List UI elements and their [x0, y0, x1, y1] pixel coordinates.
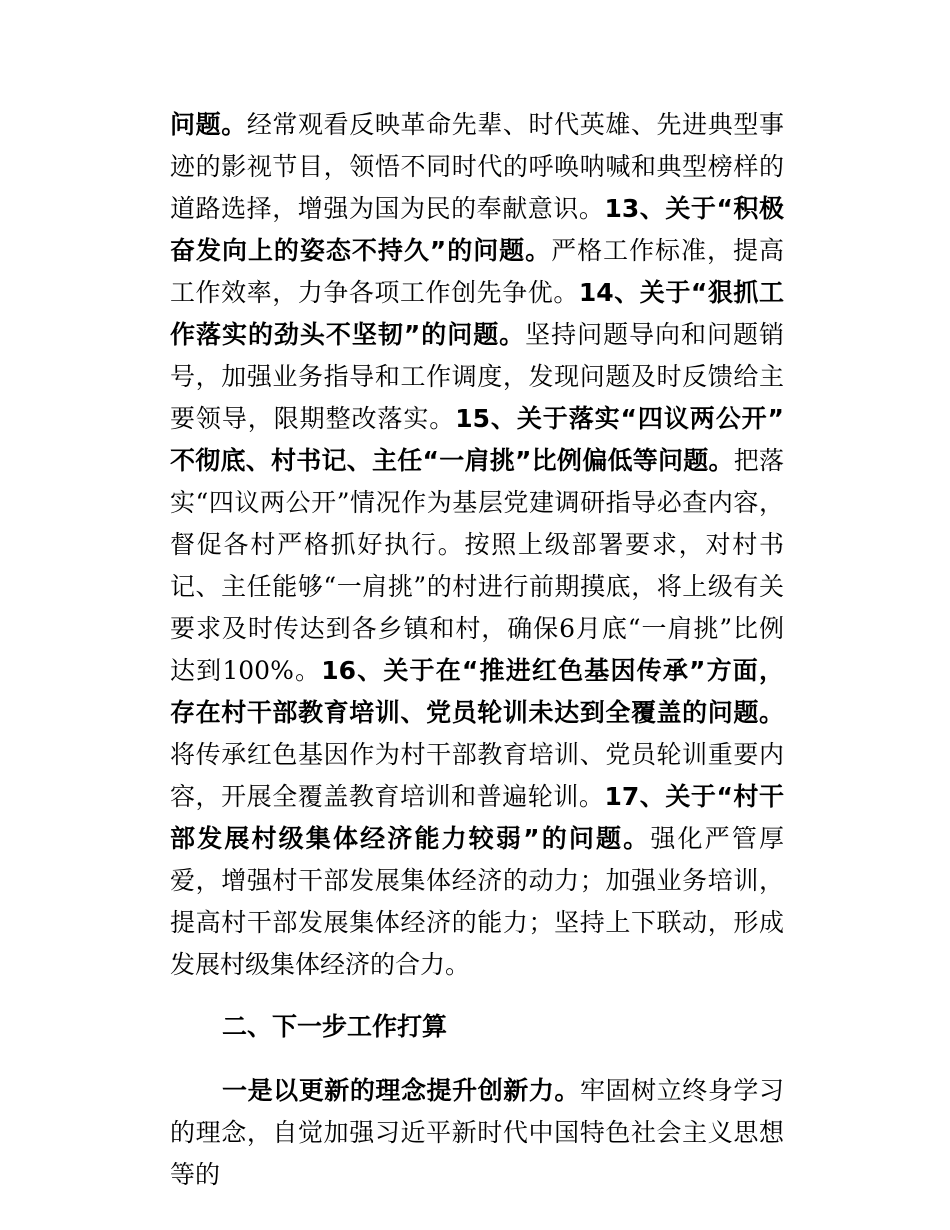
run-section-2-title: 二、下一步工作打算: [222, 1012, 447, 1041]
run-issue-12-problem-label: 问题。: [170, 110, 247, 139]
run-issue-15-measures: 把落实“四议两公开”情况作为基层党建调研指导必查内容，督促各村严格抓好执行。按照…: [170, 446, 784, 685]
document-page: 问题。经常观看反映革命先辈、时代英雄、先进典型事迹的影视节目，领悟不同时代的呼唤…: [0, 0, 950, 1230]
paragraph-next-step-point-1: 一是以更新的理念提升创新力。牢固树立终身学习的理念，自觉加强习近平新时代中国特色…: [170, 1070, 784, 1196]
run-point-1-lead: 一是以更新的理念提升创新力。: [222, 1076, 580, 1105]
document-text-block: 问题。经常观看反映革命先辈、时代英雄、先进典型事迹的影视节目，领悟不同时代的呼唤…: [170, 104, 784, 1196]
section-heading-next-steps: 二、下一步工作打算: [170, 1006, 784, 1048]
paragraph-rectification-measures: 问题。经常观看反映革命先辈、时代英雄、先进典型事迹的影视节目，领悟不同时代的呼唤…: [170, 104, 784, 986]
